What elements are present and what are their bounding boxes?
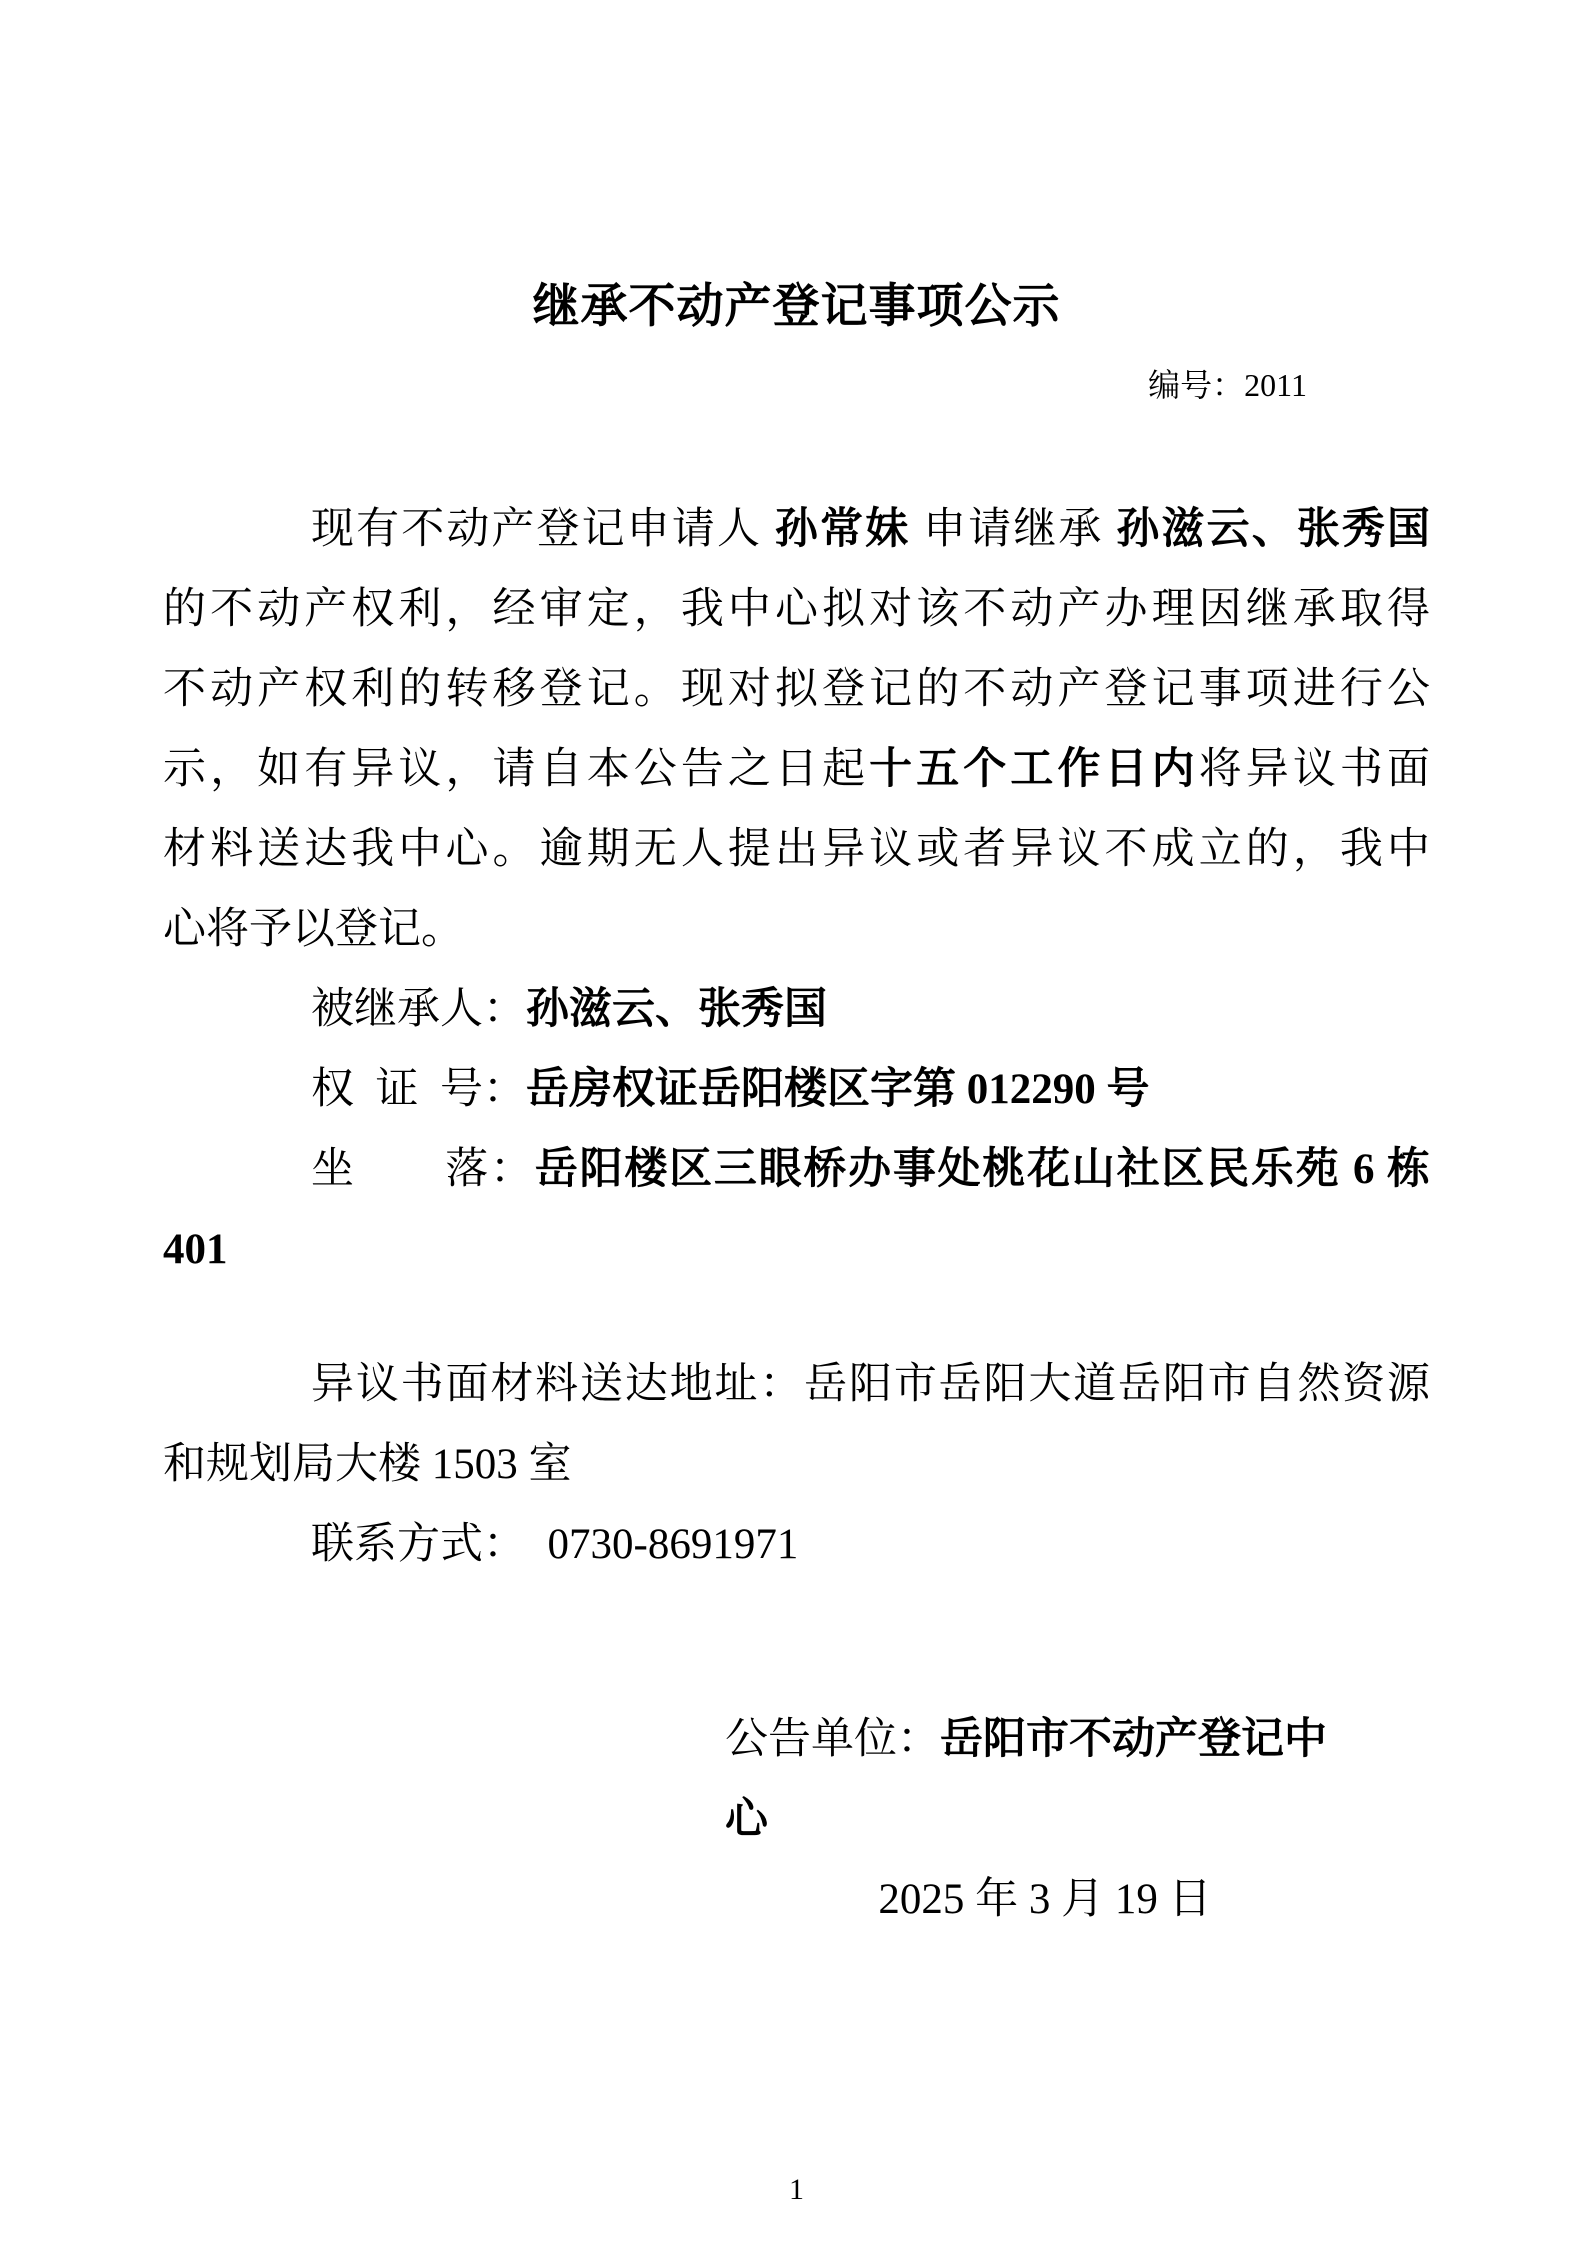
text-segment: 被继承人： bbox=[311, 986, 526, 1033]
text-segment: 联系方式： 0730-8691971 bbox=[311, 1521, 798, 1568]
main-paragraph-line: 不动产权利的转移登记。现对拟登记的不动产登记事项进行公 bbox=[163, 650, 1430, 730]
objection-address-line: 异议书面材料送达地址：岳阳市岳阳大道岳阳市自然资源 bbox=[163, 1345, 1430, 1425]
bold-text-segment: 孙滋云、张秀国 bbox=[1116, 506, 1430, 553]
main-paragraph-line: 示，如有异议，请自本公告之日起十五个工作日内将异议书面 bbox=[163, 730, 1430, 810]
bold-text-segment: 岳阳楼区三眼桥办事处桃花山社区民乐苑 6 栋 bbox=[535, 1146, 1430, 1193]
announcing-unit-line: 公告单位：岳阳市不动产登记中心 bbox=[725, 1700, 1365, 1860]
text-segment: 和规划局大楼 1503 室 bbox=[163, 1441, 572, 1488]
text-segment: 材料送达我中心。逾期无人提出异议或者异议不成立的，我中 bbox=[163, 826, 1430, 873]
text-segment: 不动产权利的转移登记。现对拟登记的不动产登记事项进行公 bbox=[163, 666, 1430, 713]
text-segment: 心将予以登记。 bbox=[163, 906, 464, 953]
text-segment: 异议书面材料送达地址：岳阳市岳阳大道岳阳市自然资源 bbox=[311, 1361, 1430, 1408]
bold-text-segment: 401 bbox=[163, 1226, 228, 1273]
main-paragraph-line: 现有不动产登记申请人 孙常妹 申请继承 孙滋云、张秀国 bbox=[163, 490, 1430, 570]
text-segment: 的不动产权利，经审定，我中心拟对该不动产办理因继承取得 bbox=[163, 586, 1430, 633]
main-paragraph-line: 材料送达我中心。逾期无人提出异议或者异议不成立的，我中 bbox=[163, 810, 1430, 890]
announcement-date: 2025 年 3 月 19 日 bbox=[725, 1860, 1365, 1940]
objection-address-line: 联系方式： 0730-8691971 bbox=[163, 1505, 1430, 1585]
document-page: 继承不动产登记事项公示 编号：2011 现有不动产登记申请人 孙常妹 申请继承 … bbox=[0, 0, 1587, 2245]
text-segment: 示，如有异议，请自本公告之日起 bbox=[163, 746, 869, 793]
page-number: 1 bbox=[163, 2170, 1430, 2210]
heir-info-line: 401 bbox=[163, 1210, 1430, 1290]
objection-address-line: 和规划局大楼 1503 室 bbox=[163, 1425, 1430, 1505]
signoff-block: 公告单位：岳阳市不动产登记中心 2025 年 3 月 19 日 bbox=[725, 1700, 1365, 1940]
document-number: 编号：2011 bbox=[163, 363, 1430, 408]
text-segment: 现有不动产登记申请人 bbox=[311, 506, 775, 553]
text-segment: 将异议书面 bbox=[1199, 746, 1430, 793]
heir-info: 被继承人：孙滋云、张秀国权 证 号：岳房权证岳阳楼区字第 012290 号坐 落… bbox=[163, 970, 1430, 1290]
document-title: 继承不动产登记事项公示 bbox=[163, 271, 1430, 341]
main-paragraph: 现有不动产登记申请人 孙常妹 申请继承 孙滋云、张秀国的不动产权利，经审定，我中… bbox=[163, 490, 1430, 970]
heir-info-line: 被继承人：孙滋云、张秀国 bbox=[163, 970, 1430, 1050]
objection-address: 异议书面材料送达地址：岳阳市岳阳大道岳阳市自然资源和规划局大楼 1503 室联系… bbox=[163, 1345, 1430, 1585]
text-segment: 申请继承 bbox=[910, 506, 1116, 553]
heir-info-line: 坐 落：岳阳楼区三眼桥办事处桃花山社区民乐苑 6 栋 bbox=[163, 1130, 1430, 1210]
main-paragraph-line: 的不动产权利，经审定，我中心拟对该不动产办理因继承取得 bbox=[163, 570, 1430, 650]
bold-text-segment: 岳房权证岳阳楼区字第 012290 号 bbox=[526, 1066, 1150, 1113]
bold-text-segment: 孙滋云、张秀国 bbox=[526, 986, 827, 1033]
bold-text-segment: 孙常妹 bbox=[775, 506, 910, 553]
heir-info-line: 权 证 号：岳房权证岳阳楼区字第 012290 号 bbox=[163, 1050, 1430, 1130]
bold-text-segment: 十五个工作日内 bbox=[869, 746, 1199, 793]
announcing-unit-label: 公告单位： bbox=[725, 1716, 940, 1763]
text-segment: 坐 落： bbox=[311, 1146, 535, 1193]
document-body: 现有不动产登记申请人 孙常妹 申请继承 孙滋云、张秀国的不动产权利，经审定，我中… bbox=[163, 490, 1430, 1585]
main-paragraph-line: 心将予以登记。 bbox=[163, 890, 1430, 970]
text-segment: 权 证 号： bbox=[311, 1066, 526, 1113]
